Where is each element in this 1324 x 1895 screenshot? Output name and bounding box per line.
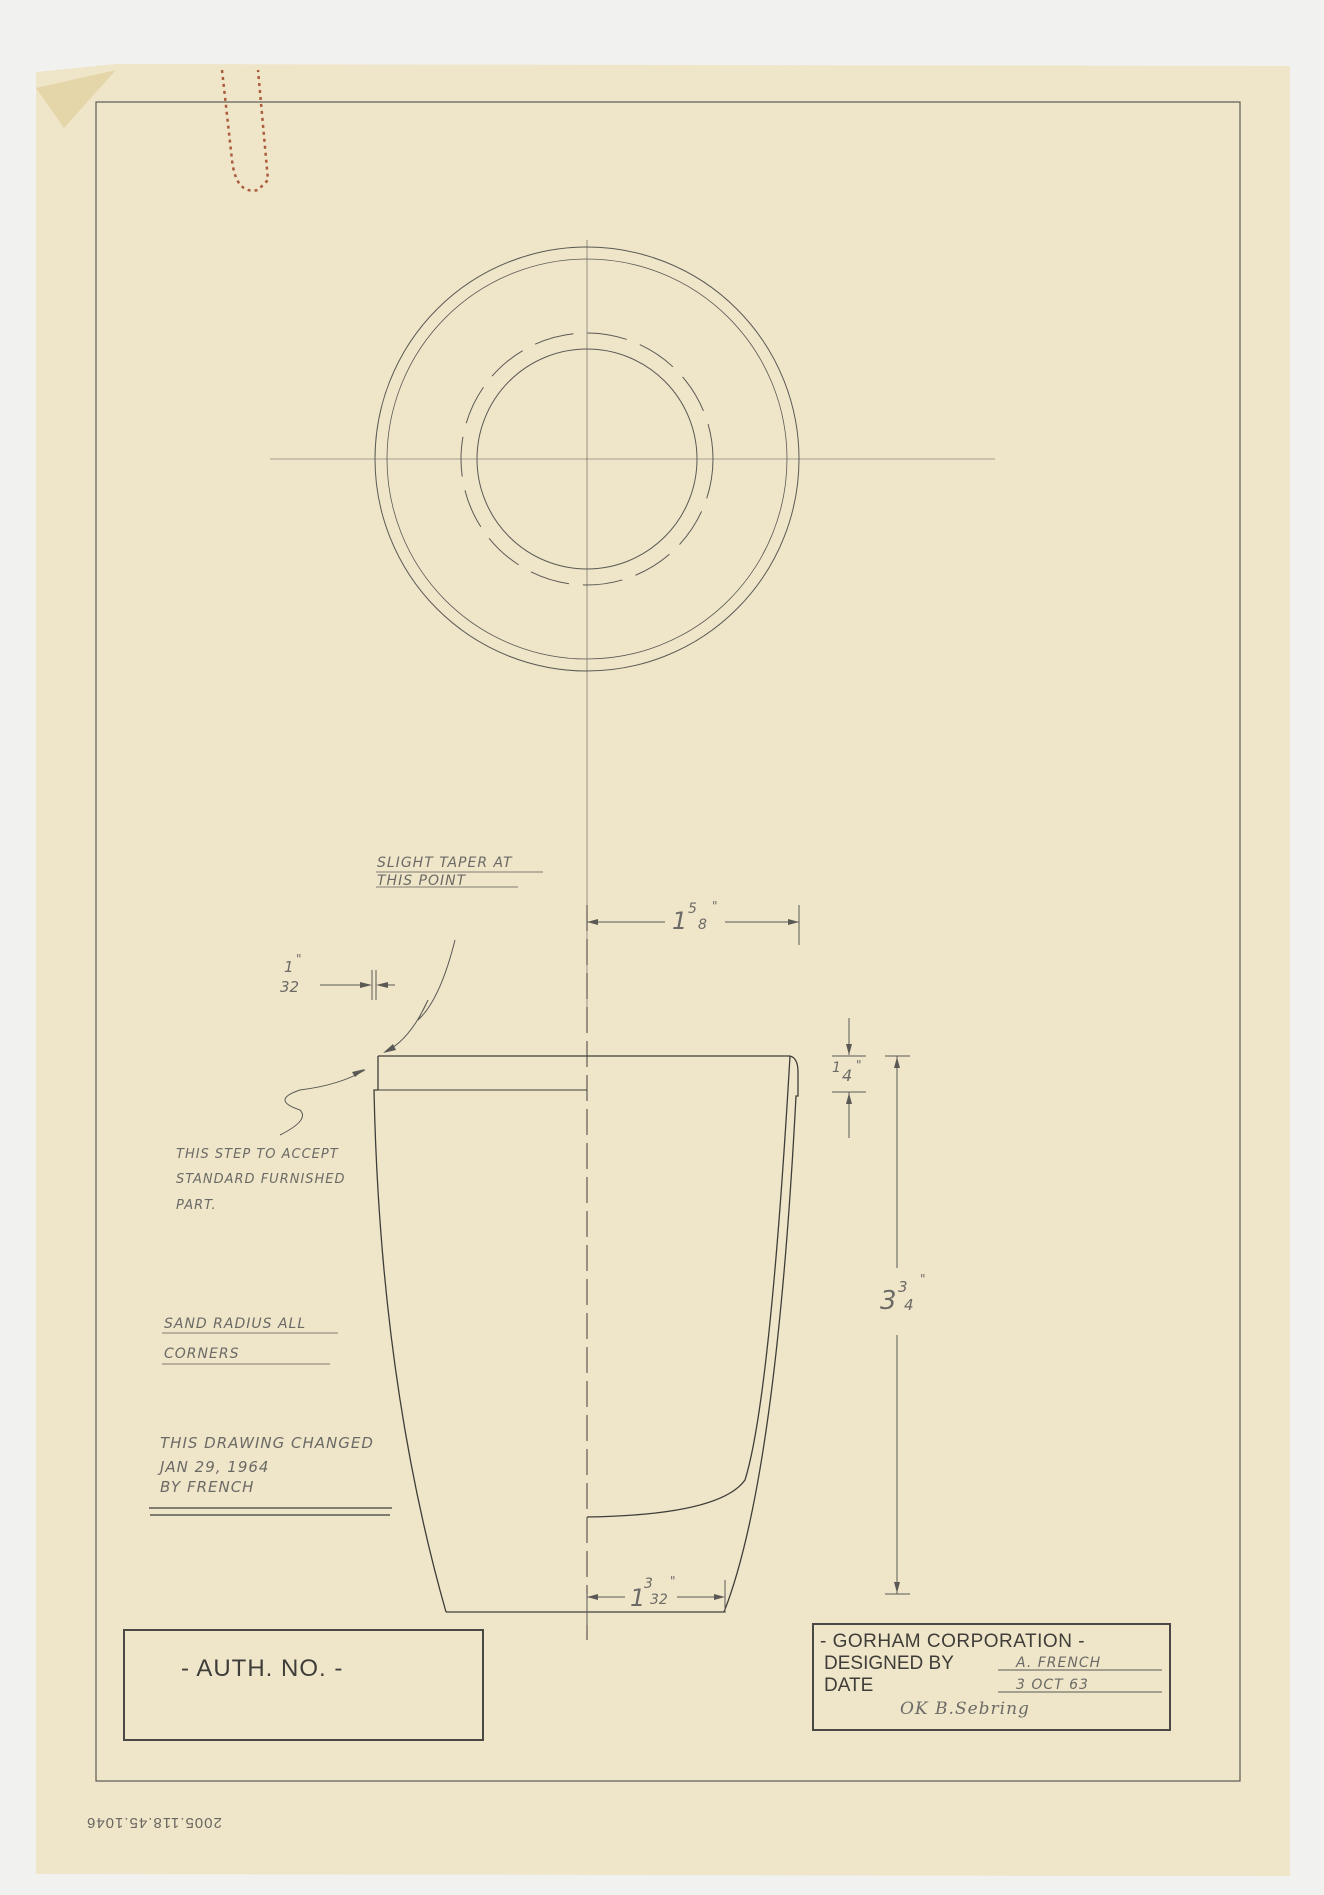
designed-by-label: DESIGNED BY (824, 1653, 954, 1675)
taper-note-line2: THIS POINT (377, 873, 466, 889)
approval-signature: OK B.Sebring (900, 1699, 1030, 1719)
sand-note-line2: CORNERS (164, 1346, 239, 1362)
auth-number-label: - AUTH. NO. - (181, 1655, 343, 1683)
side-view (374, 905, 798, 1640)
dimension-lines (149, 872, 1162, 1692)
title-block: - GORHAM CORPORATION - DESIGNED BY A. FR… (812, 1623, 1171, 1731)
taper-note-line1: SLIGHT TAPER AT (377, 855, 513, 871)
date-label: DATE (824, 1675, 873, 1697)
step-note-line3: PART. (176, 1198, 217, 1213)
auth-number-box: - AUTH. NO. - (123, 1629, 484, 1741)
company-name: - GORHAM CORPORATION - (820, 1631, 1085, 1653)
border-frame (96, 102, 1240, 1781)
change-note-line3: BY FRENCH (160, 1478, 254, 1496)
sand-note-line1: SAND RADIUS ALL (164, 1316, 306, 1332)
change-note-line2: JAN 29, 1964 (160, 1458, 269, 1476)
top-view (270, 240, 995, 1020)
accession-stamp: 2005.118.45.1046 (86, 1814, 222, 1831)
change-note-line1: THIS DRAWING CHANGED (160, 1434, 374, 1452)
arrowheads (352, 919, 900, 1600)
step-note-line1: THIS STEP TO ACCEPT (176, 1147, 339, 1162)
step-note-line2: STANDARD FURNISHED (176, 1172, 346, 1187)
paperclip-stain-icon (222, 70, 268, 191)
designed-by-value: A. FRENCH (1016, 1655, 1101, 1671)
technical-drawing (0, 0, 1324, 1895)
date-value: 3 OCT 63 (1016, 1677, 1089, 1693)
